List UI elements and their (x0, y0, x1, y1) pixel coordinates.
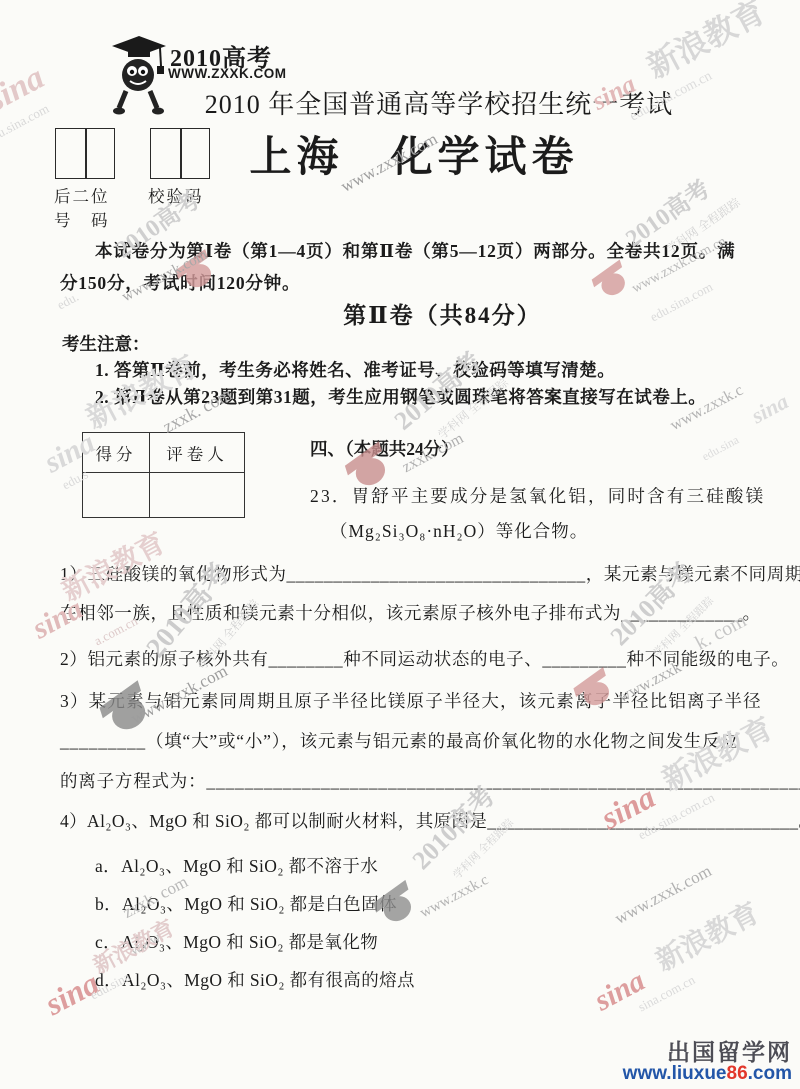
q23-sub4: 4）Al₂O₃、MgO 和 SiO₂ 都可以制耐火材料，其原因是________… (60, 808, 800, 833)
check-code-box-label: 校验码 (148, 183, 204, 207)
q23-sub3-line2: _________（填“大”或“小”），该元素与铝元素的最高价氧化物的水化物之间… (60, 728, 739, 753)
q23-sub1-line2: 在相邻一族，且性质和镁元素十分相似，该元素原子核外电子排布式为_________… (60, 600, 761, 625)
score-cell-label: 得分 (83, 433, 150, 473)
section2-heading: 第Ⅱ卷（共84分） (0, 297, 800, 330)
q23-stem-line1: 23．胃舒平主要成分是氢氧化铝，同时含有三硅酸镁 (310, 483, 765, 508)
footer-site-name: 出国留学网 (623, 1040, 792, 1064)
footer-site-url: www.liuxue86.com (623, 1064, 792, 1085)
exam-title: 2010 年全国普通高等学校招生统一考试 (0, 84, 800, 121)
notice-title: 考生注意： (62, 331, 150, 356)
candidate-box-label-line2: 号 码 (54, 207, 110, 231)
footer-url-prefix: www.liuxue (623, 1063, 727, 1084)
score-table: 得分 评卷人 (82, 432, 245, 518)
score-table-header-row: 得分 评卷人 (83, 433, 245, 473)
notice-item-2: 2. 第Ⅱ卷从第23题到第31题，考生应用钢笔或圆珠笔将答案直接写在试卷上。 (95, 384, 706, 409)
candidate-box-label-line1: 后二位 (54, 183, 110, 207)
logo-site-url: WWW.ZXXK.COM (168, 66, 286, 81)
exam-paper-page: sinau.sina.com新浪教育edu.sina.com.cnsinawww… (0, 0, 800, 1089)
check-code-box (150, 128, 210, 179)
intro-line-1: 本试卷分为第Ⅰ卷（第1—4页）和第Ⅱ卷（第5—12页）两部分。全卷共12页。满 (95, 238, 735, 263)
q23-sub3-line1: 3）某元素与铝元素同周期且原子半径比镁原子半径大，该元素离子半径比铝离子半径 (60, 688, 762, 713)
q23-sub2: 2）铝元素的原子核外共有________种不同运动状态的电子、_________… (60, 646, 789, 671)
q23-option-d: d．Al₂O₃、MgO 和 SiO₂ 都有很高的熔点 (95, 967, 415, 992)
q23-option-a: a．Al₂O₃、MgO 和 SiO₂ 都不溶于水 (95, 853, 378, 878)
score-cell-value (83, 473, 150, 518)
grader-cell-label: 评卷人 (150, 433, 245, 473)
q23-sub3-line3: 的离子方程式为：________________________________… (60, 768, 800, 793)
q23-option-c: c．Al₂O₃、MgO 和 SiO₂ 都是氧化物 (95, 929, 378, 954)
q23-option-b: b．Al₂O₃、MgO 和 SiO₂ 都是白色固体 (95, 891, 397, 916)
footer-url-suffix: .com (748, 1063, 792, 1084)
footer-site-stamp: 出国留学网 www.liuxue86.com (623, 1040, 792, 1085)
q23-stem-line2: （Mg₂Si₃O₈·nH₂O）等化合物。 (330, 518, 588, 543)
intro-line-2: 分150分，考试时间120分钟。 (60, 270, 300, 295)
q23-sub1-line1: 1）三硅酸镁的氧化物形式为___________________________… (60, 561, 800, 586)
grader-cell-value (150, 473, 245, 518)
candidate-number-box (55, 128, 115, 179)
notice-item-1: 1. 答第Ⅱ卷前，考生务必将姓名、准考证号、校验码等填写清楚。 (95, 357, 615, 382)
paper-title: 上海 化学试卷 (0, 124, 800, 184)
footer-url-number: 86 (727, 1063, 748, 1084)
part4-heading: 四、（本题共24分） (310, 436, 459, 461)
score-table-empty-row (83, 473, 245, 518)
page-content: 2010高考 WWW.ZXXK.COM 2010 年全国普通高等学校招生统一考试… (0, 0, 800, 1089)
